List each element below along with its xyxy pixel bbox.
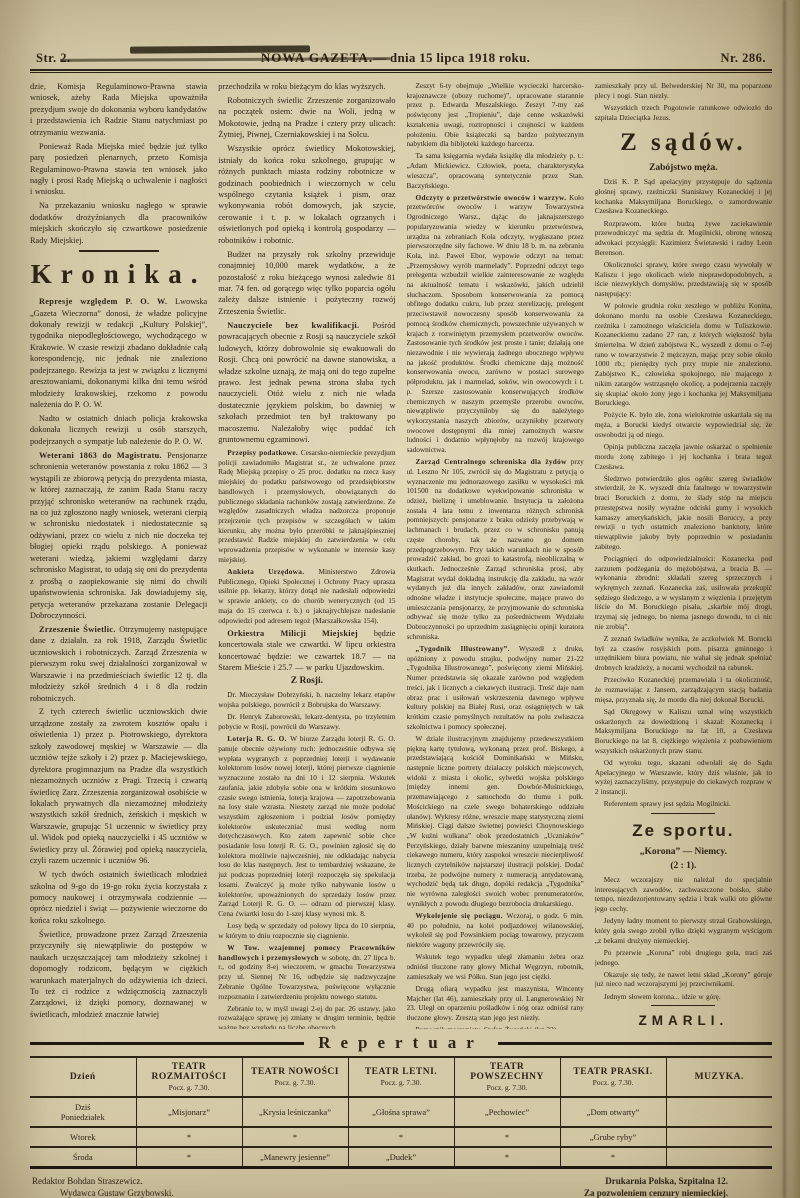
article-paragraph: Dr. Mieczysław Dobrzyński, b. naczelny l… (218, 690, 395, 709)
article-paragraph: W tych dwóch ostatnich świetlicach młodz… (30, 869, 207, 926)
article-columns: dzie, Komisja Regulaminowo-Prawna stawia… (30, 81, 772, 1029)
article-paragraph: Okazuje się tedy, że nawet letni skład „… (595, 970, 772, 989)
repertoire-column-header: TEATR NOWOŚCIPocz. g. 7.30. (242, 1057, 348, 1097)
section-divider (651, 1005, 715, 1006)
repertoire-play-cell: * (242, 1127, 348, 1147)
article-paragraph: Wskutek tego wypadku uległ złamaniu żebr… (407, 952, 584, 981)
ink-smudge (130, 45, 310, 53)
repertoire-day-cell: Wtorek (30, 1127, 136, 1147)
z-sadow-heading: Z sądów. (595, 129, 772, 157)
z-rosji-subhead: Z Rosji. (218, 676, 395, 686)
article-paragraph: Represje względem P. O. W. Lwowska „Gaze… (30, 296, 207, 410)
score-subhead: (2 : 1). (595, 861, 772, 871)
kronika-heading: Kronika. (30, 259, 207, 290)
newspaper-page: Str. 2. NOWA GAZETA.— dnia 15 lipca 1918… (0, 0, 800, 1198)
title-rule-right (498, 1042, 772, 1045)
article-paragraph: Loterja R. G. O. W biurze Zarządu loterj… (218, 734, 395, 918)
article-paragraph: Okoliczności sprawy, które swego czasu w… (595, 260, 772, 299)
repertoire-play-cell: * (136, 1127, 242, 1147)
editor-line: Redaktor Bohdan Straszewicz. (32, 1176, 174, 1186)
article-paragraph: Ponieważ Rada Miejska mieć będzie już ty… (30, 141, 207, 198)
article-paragraph: Ankieta Urzędowa. Ministerstwo Zdrowia P… (218, 567, 395, 625)
title-rule-left (30, 1042, 304, 1045)
repertoire-title: Repertuar (304, 1033, 498, 1053)
article-paragraph: W Tow. wzajemnej pomocy Pracowników hand… (218, 943, 395, 1001)
article-paragraph: Weterani 1863 do Magistratu. Pensjonarze… (30, 450, 207, 622)
article-paragraph: Nauczyciele bez kwalifikacji. Pośród pow… (218, 320, 395, 446)
article-paragraph: Budżet na przyszły rok szkolny przewiduj… (218, 249, 395, 318)
repertoire-play-cell: „Dom otwarty” (560, 1097, 666, 1127)
repertoire-column-header: TEATR PRASKI.Pocz. g. 7.30. (560, 1057, 666, 1097)
repertoire-play-cell: „Dudek” (348, 1147, 454, 1168)
repertoire-day-cell: Dziś Poniedziałek (30, 1097, 136, 1127)
publisher-line: Wydawca Gustaw Grzybowski. (32, 1188, 174, 1198)
article-paragraph: Przeciwko Kozaneckiej przemawiała i ta o… (595, 675, 772, 704)
article-paragraph: Przepisy podatkowe. Cesarsko-niemieckie … (218, 448, 395, 564)
header-divider (30, 69, 772, 73)
repertoire-play-cell: „Pechowiec” (454, 1097, 560, 1127)
column-2: przechodziła w roku bieżącym do klas wyż… (218, 81, 395, 1029)
article-paragraph: Wszystkich trzech Pogotowie ratunkowe od… (595, 103, 772, 122)
repertoire-play-cell: „Grube ryby” (560, 1127, 666, 1147)
article-paragraph: Zeszyt 6-ty obejmuje „Wielkie wycieczki … (407, 81, 584, 149)
repertoire-column-header: MUZYKA. (666, 1057, 772, 1097)
article-paragraph: Z zeznań świadków wynika, że aczkolwiek … (595, 634, 772, 673)
article-paragraph: Pożycie K. było złe, żona wielokrotnie u… (595, 410, 772, 439)
article-paragraph: Z tych czterech świetlic uczniowskich dw… (30, 706, 207, 866)
article-paragraph: dzie, Komisja Regulaminowo-Prawna stawia… (30, 81, 207, 138)
article-paragraph: Rozprawom, które budzą żywe zaciekawieni… (595, 219, 772, 258)
article-paragraph: Od wyroku tego, skazani odwołali się do … (595, 758, 772, 797)
censorship-line: Za pozwoleniem cenzury niemieckiej. (584, 1188, 728, 1198)
repertoire-day-cell: Środa (30, 1147, 136, 1168)
article-paragraph: Referentem sprawy jest sędzia Mogilnicki… (595, 799, 772, 809)
repertoire-play-cell: * (136, 1147, 242, 1168)
article-paragraph: zamieszkały przy ul. Belwederskiej Nr 30… (595, 81, 772, 100)
footer-imprint: Redaktor Bohdan Straszewicz. Wydawca Gus… (32, 1176, 174, 1198)
article-paragraph: Wszystkie oprócz świetlicy Mokotowskiej,… (218, 143, 395, 246)
article-paragraph: Opinja publiczna zaczęła jawnie oskarżać… (595, 442, 772, 471)
issue-date: — dnia 15 lipca 1918 roku. (373, 50, 530, 65)
article-paragraph: Ta sama księgarnia wydała książkę dla mł… (407, 151, 584, 190)
article-paragraph: Pomocnik maszynisty, Stefan Żygański (la… (407, 1025, 584, 1029)
column-4: zamieszkały przy ul. Belwederskiej Nr 30… (595, 81, 772, 1029)
article-paragraph: Jedyny ładny moment to pierwszy strzał G… (595, 916, 772, 945)
repertoire-play-cell: * (348, 1127, 454, 1147)
article-paragraph: Dr. Henryk Zaborowski, lekarz-dentysta, … (218, 712, 395, 731)
article-paragraph: Zarząd Centralnego schroniska dla żydów … (407, 457, 584, 641)
article-paragraph: Zrzeszenie Świetlic. Otrzymujemy następu… (30, 624, 207, 704)
repertoire-row: Dziś Poniedziałek„Misjonarz”„Krysia leśn… (30, 1097, 772, 1127)
repertoire-play-cell (666, 1097, 772, 1127)
section-divider (79, 250, 159, 252)
article-paragraph: Po przerwie „Korona” robi drugiego gola,… (595, 948, 772, 967)
article-paragraph: Robotniczych świetlic Zrzeszenie zorgani… (218, 95, 395, 141)
repertoire-column-header: TEATR ROZMAITOŚCIPocz. g. 7.30. (136, 1057, 242, 1097)
repertoire-play-cell (666, 1127, 772, 1147)
repertoire-title-row: Repertuar (30, 1033, 772, 1053)
repertoire-header-row: DzieńTEATR ROZMAITOŚCIPocz. g. 7.30.TEAT… (30, 1057, 772, 1097)
article-paragraph: „Tygodnik Illustrowany”. Wyszedł z druku… (407, 644, 584, 731)
article-paragraph: Dziś K. P. Sąd apelacyjny przystępuje do… (595, 177, 772, 216)
repertoire-column-header: Dzień (30, 1057, 136, 1097)
article-paragraph: W połowie grudnia roku zeszłego w pobliż… (595, 301, 772, 408)
repertoire-row: Środa*„Manewry jesienne”„Dudek”** (30, 1147, 772, 1168)
article-paragraph: Świetlice, prowadzone przez Zarząd Zrzes… (30, 929, 207, 1021)
article-paragraph: Zebranie to, w myśl uwagi 2-ej do par. 2… (218, 1004, 395, 1029)
printer-line: Drukarnia Polska, Szpitalna 12. (584, 1176, 728, 1186)
article-paragraph: przechodziła w roku bieżącym do klas wyż… (218, 81, 395, 92)
repertoire-body: Dziś Poniedziałek„Misjonarz”„Krysia leśn… (30, 1097, 772, 1168)
section-divider (651, 813, 715, 814)
article-paragraph: Pociągnięci do odpowiedzialności: Kozane… (595, 554, 772, 632)
article-paragraph: Mecz wczorajszy nie należał do specjalni… (595, 875, 772, 914)
article-paragraph: Wykolejenie się pociągu. Wczoraj, o godz… (407, 911, 584, 950)
repertoire-play-cell: „Manewry jesienne” (242, 1147, 348, 1168)
column-3: Zeszyt 6-ty obejmuje „Wielkie wycieczki … (407, 81, 584, 1029)
repertoire-play-cell: * (454, 1147, 560, 1168)
repertoire-play-cell: „Krysia leśniczanka” (242, 1097, 348, 1127)
ze-sportu-heading: Ze sportu. (595, 821, 772, 841)
repertoire-column-header: TEATR POWSZECHNYPocz. g. 7.30. (454, 1057, 560, 1097)
article-paragraph: Jednym słowem korona... idzie w górę. (595, 992, 772, 1002)
repertoire-play-cell: „Głośna sprawa” (348, 1097, 454, 1127)
issue-number: Nr. 286. (720, 51, 766, 66)
article-paragraph: Śledztwo potwierdziło głos ogółu: szereg… (595, 474, 772, 552)
article-paragraph: Na przekazaniu wniosku nagłego w sprawie… (30, 200, 207, 246)
article-paragraph: Drugą ofiarą wypadku jest maszynista, Wi… (407, 984, 584, 1023)
repertoire-column-header: TEATR LETNI.Pocz. g. 7.30. (348, 1057, 454, 1097)
page-footer: Redaktor Bohdan Straszewicz. Wydawca Gus… (30, 1169, 772, 1198)
repertoire-play-cell: * (560, 1147, 666, 1168)
article-paragraph: Nadto w ostatnich dniach policja krakows… (30, 413, 207, 447)
repertoire-table: DzieńTEATR ROZMAITOŚCIPocz. g. 7.30.TEAT… (30, 1056, 772, 1169)
article-paragraph: W dziale ilustracyjnym znajdujemy przede… (407, 734, 584, 909)
zabojstwo-meza-subhead: Zabójstwo męża. (595, 163, 772, 173)
article-paragraph: Odczyty o przetwórstwie owoców i warzyw.… (407, 193, 584, 455)
column-1: dzie, Komisja Regulaminowo-Prawna stawia… (30, 81, 207, 1029)
repertoire-play-cell: * (454, 1127, 560, 1147)
korona-niemcy-subhead: „Korona” — Niemcy. (595, 847, 772, 857)
repertoire-row: Wtorek****„Grube ryby” (30, 1127, 772, 1147)
article-paragraph: Orkiestra Milicji Miejskiej będzie konce… (218, 628, 395, 674)
repertoire-play-cell: „Misjonarz” (136, 1097, 242, 1127)
repertoire-play-cell (666, 1147, 772, 1168)
article-paragraph: Sąd Okręgowy w Kaliszu uznał winę wszyst… (595, 707, 772, 756)
zmarli-heading: ZMARLI. (595, 1013, 772, 1028)
footer-printer: Drukarnia Polska, Szpitalna 12. Za pozwo… (584, 1176, 768, 1198)
article-paragraph: Losy będą w sprzedaży od połowy lipca do… (218, 921, 395, 940)
